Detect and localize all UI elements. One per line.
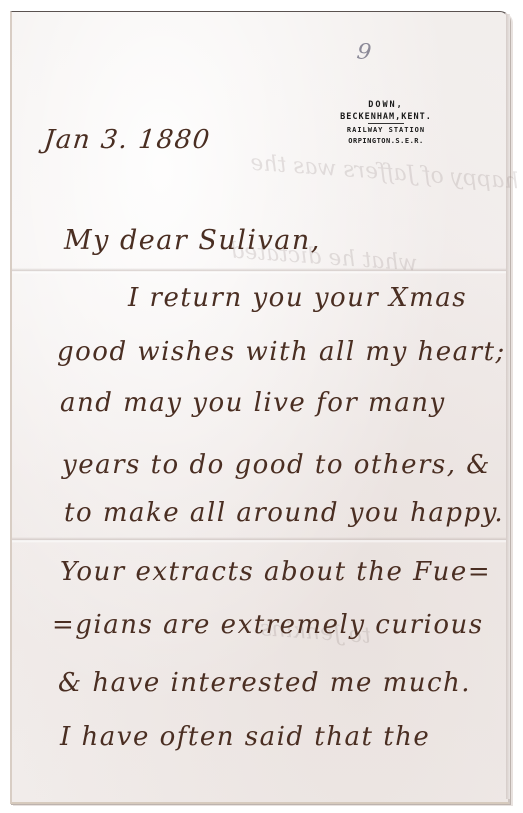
letter-line: and may you live for many xyxy=(60,388,446,418)
letter-line: =gians are extremely curious xyxy=(52,610,484,640)
letter-date: Jan 3. 1880 xyxy=(42,125,212,155)
letter-line: I return you your Xmas xyxy=(128,283,467,313)
fold-line xyxy=(12,268,506,274)
sheet-edge xyxy=(506,14,510,799)
letterhead-line: BECKENHAM,KENT. xyxy=(318,113,454,122)
letterhead-line: RAILWAY STATION xyxy=(318,127,454,134)
letter-line: & have interested me much. xyxy=(58,668,471,698)
letter-line: I have often said that the xyxy=(60,722,430,752)
letter-line: good wishes with all my heart; xyxy=(57,337,506,367)
letterhead-line: DOWN, xyxy=(318,101,454,110)
fold-line xyxy=(12,537,506,543)
letter-line: years to do good to others, & xyxy=(62,450,491,480)
letter-line: Your extracts about the Fue= xyxy=(60,557,491,587)
letter-line: to make all around you happy. xyxy=(64,498,504,528)
letterhead-rule xyxy=(368,123,404,124)
salutation: My dear Sulivan, xyxy=(64,225,321,256)
letterhead: DOWN, BECKENHAM,KENT. RAILWAY STATION OR… xyxy=(318,101,454,145)
letterhead-line: ORPINGTON.S.E.R. xyxy=(318,138,454,145)
